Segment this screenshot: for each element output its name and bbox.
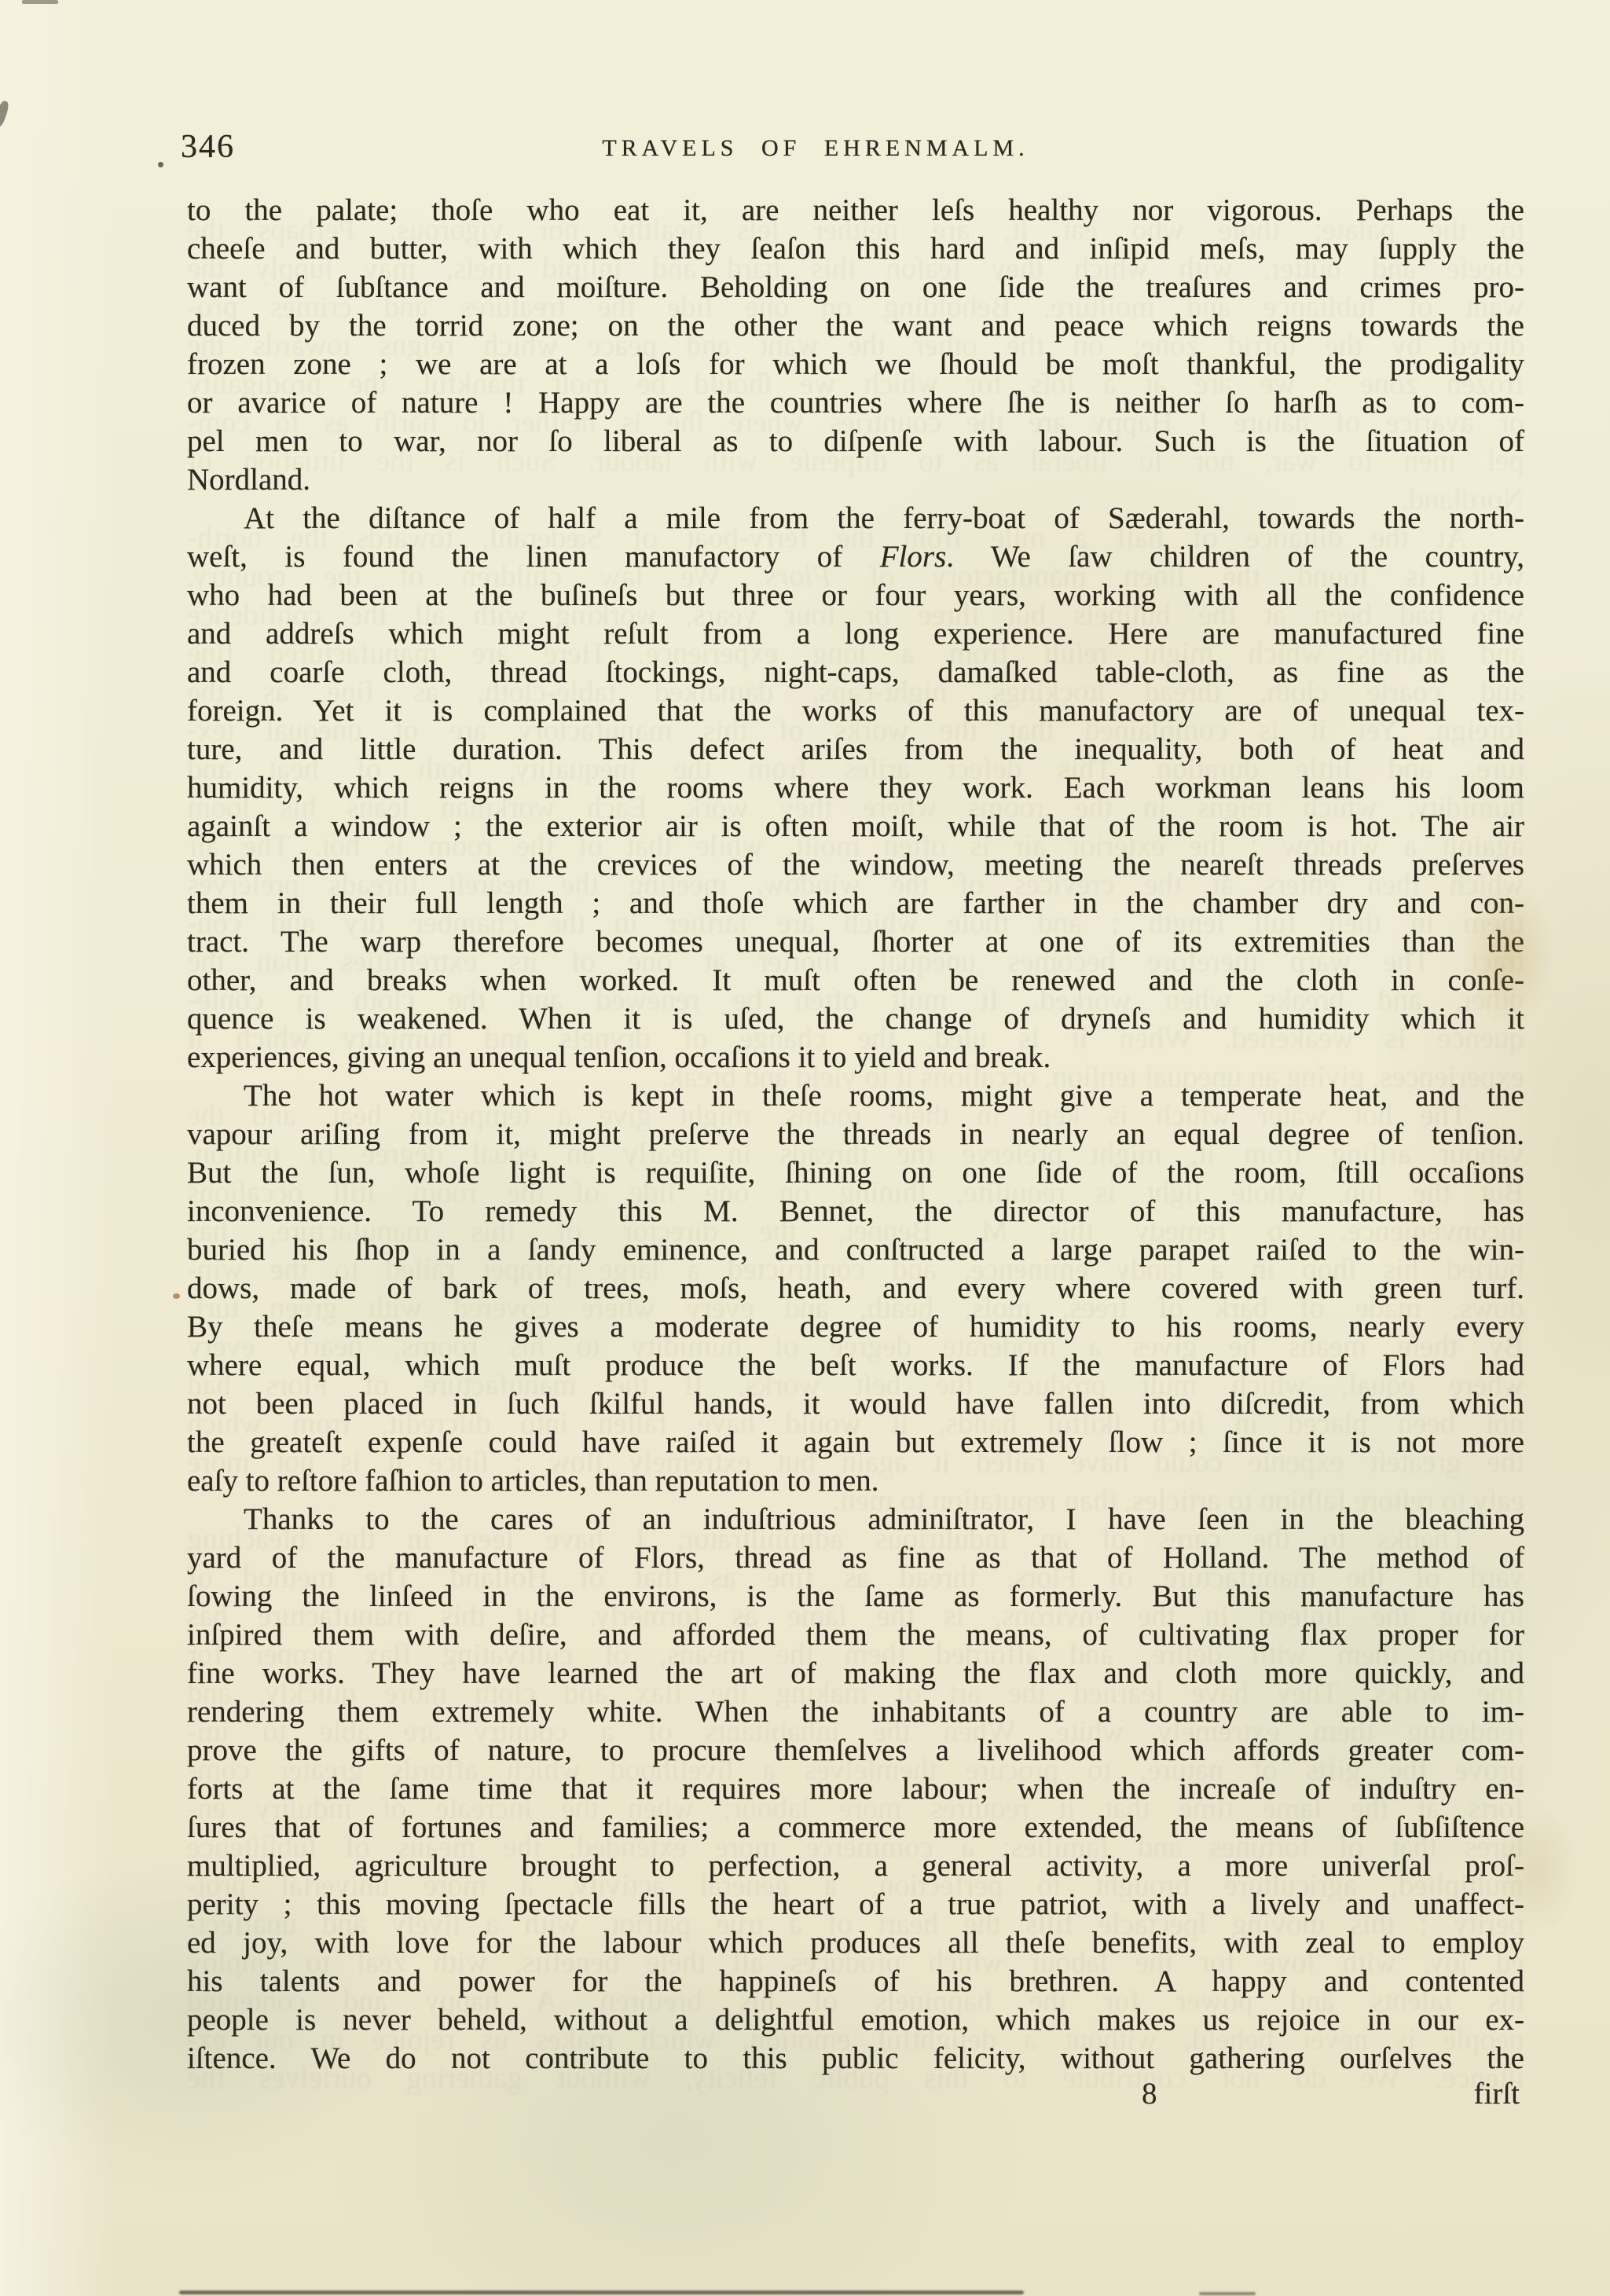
text-line: people is never beheld, without a deligh… (187, 2001, 1524, 2039)
text-line: cheeſe and butter, with which they ſeaſo… (187, 229, 1524, 268)
text-line: ſowing the linſeed in the environs, is t… (187, 1577, 1524, 1616)
text-line: where equal, which muſt produce the beſt… (187, 1346, 1524, 1385)
text-line: inconvenience. To remedy this M. Bennet,… (187, 1192, 1524, 1231)
text-line: to the palate; thoſe who eat it, are nei… (187, 191, 1524, 229)
scan-edge-shadow (1199, 2292, 1256, 2295)
text-line: buried his ſhop in a ſandy eminence, and… (187, 1231, 1524, 1269)
text-line: frozen zone ; we are at a loſs for which… (187, 345, 1524, 383)
text-line: fine works. They have learned the art of… (187, 1654, 1524, 1693)
text-line: duced by the torrid zone; on the other t… (187, 306, 1524, 345)
text-line: weſt, is found the linen manufactory of … (187, 537, 1524, 576)
running-title: TRAVELS OF EHRENMALM. (187, 135, 1444, 162)
catchword: firſt (1474, 2074, 1520, 2113)
paper-stain (1461, 880, 1556, 1029)
text-line: tract. The warp therefore becomes unequa… (187, 922, 1524, 961)
book-page-scan: to the palate; thoſe who eat it, are nei… (0, 0, 1610, 2296)
text-line: multiplied, agriculture brought to perfe… (187, 1847, 1524, 1885)
signature-mark: 8 (1142, 2074, 1157, 2113)
text-line: dows, made of bark of trees, moſs, heath… (187, 1269, 1524, 1308)
text-line: perity ; this moving ſpectacle fills the… (187, 1885, 1524, 1924)
text-line: and addreſs which might reſult from a lo… (187, 614, 1524, 653)
text-line: eaſy to reſtore faſhion to articles, tha… (187, 1462, 1524, 1500)
paper-stain (1493, 1807, 1579, 1933)
text-line: his talents and power for the happineſs … (187, 1962, 1524, 2001)
text-line: or avarice of nature ! Happy are the cou… (187, 383, 1524, 422)
text-line: ſures that of fortunes and families; a c… (187, 1808, 1524, 1847)
text-line: ed joy, with love for the labour which p… (187, 1924, 1524, 1962)
scan-edge-mark (22, 0, 58, 4)
signature-line: 8 firſt (187, 2074, 1524, 2113)
text-line: prove the gifts of nature, to procure th… (187, 1731, 1524, 1770)
ink-speck (158, 162, 163, 167)
text-line: iſtence. We do not contribute to this pu… (187, 2039, 1524, 2078)
text-line: pel men to war, nor ſo liberal as to diſ… (187, 422, 1524, 460)
text-line: not been placed in ſuch ſkilful hands, i… (187, 1385, 1524, 1423)
text-line: But the ſun, whoſe light is requiſite, ſ… (187, 1154, 1524, 1192)
text-line: At the diſtance of half a mile from the … (187, 499, 1524, 537)
text-line: humidity, which reigns in the rooms wher… (187, 768, 1524, 807)
text-line: inſpired them with deſire, and afforded … (187, 1616, 1524, 1654)
text-line: want of ſubſtance and moiſture. Beholdin… (187, 268, 1524, 306)
scan-edge-shadow (179, 2290, 1024, 2294)
text-line: the greateſt expenſe could have raiſed i… (187, 1423, 1524, 1462)
text-line: experiences, giving an unequal tenſion, … (187, 1038, 1524, 1076)
text-line: which then enters at the crevices of the… (187, 845, 1524, 884)
text-line: rendering them extremely white. When the… (187, 1693, 1524, 1731)
body-text: to the palate; thoſe who eat it, are nei… (187, 191, 1524, 2078)
text-line: vapour ariſing from it, might preſerve t… (187, 1115, 1524, 1154)
text-line: them in their full length ; and thoſe wh… (187, 884, 1524, 922)
scan-edge-mark (0, 100, 10, 128)
text-line: other, and breaks when worked. It muſt o… (187, 961, 1524, 999)
text-line: foreign. Yet it is complained that the w… (187, 691, 1524, 730)
text-line: The hot water which is kept in theſe roo… (187, 1076, 1524, 1115)
text-line: ture, and little duration. This defect a… (187, 730, 1524, 768)
text-line: quence is weakened. When it is uſed, the… (187, 999, 1524, 1038)
text-line: By theſe means he gives a moderate degre… (187, 1308, 1524, 1346)
text-line: againſt a window ; the exterior air is o… (187, 807, 1524, 845)
text-line: yard of the manufacture of Flors, thread… (187, 1539, 1524, 1577)
text-line: and coarſe cloth, thread ſtockings, nigh… (187, 653, 1524, 691)
foxing-speck (173, 1293, 180, 1299)
text-line: Nordland. (187, 460, 1524, 499)
text-line: who had been at the buſineſs but three o… (187, 576, 1524, 614)
text-line: Thanks to the cares of an induſtrious ad… (187, 1500, 1524, 1539)
text-line: forts at the ſame time that it requires … (187, 1770, 1524, 1808)
